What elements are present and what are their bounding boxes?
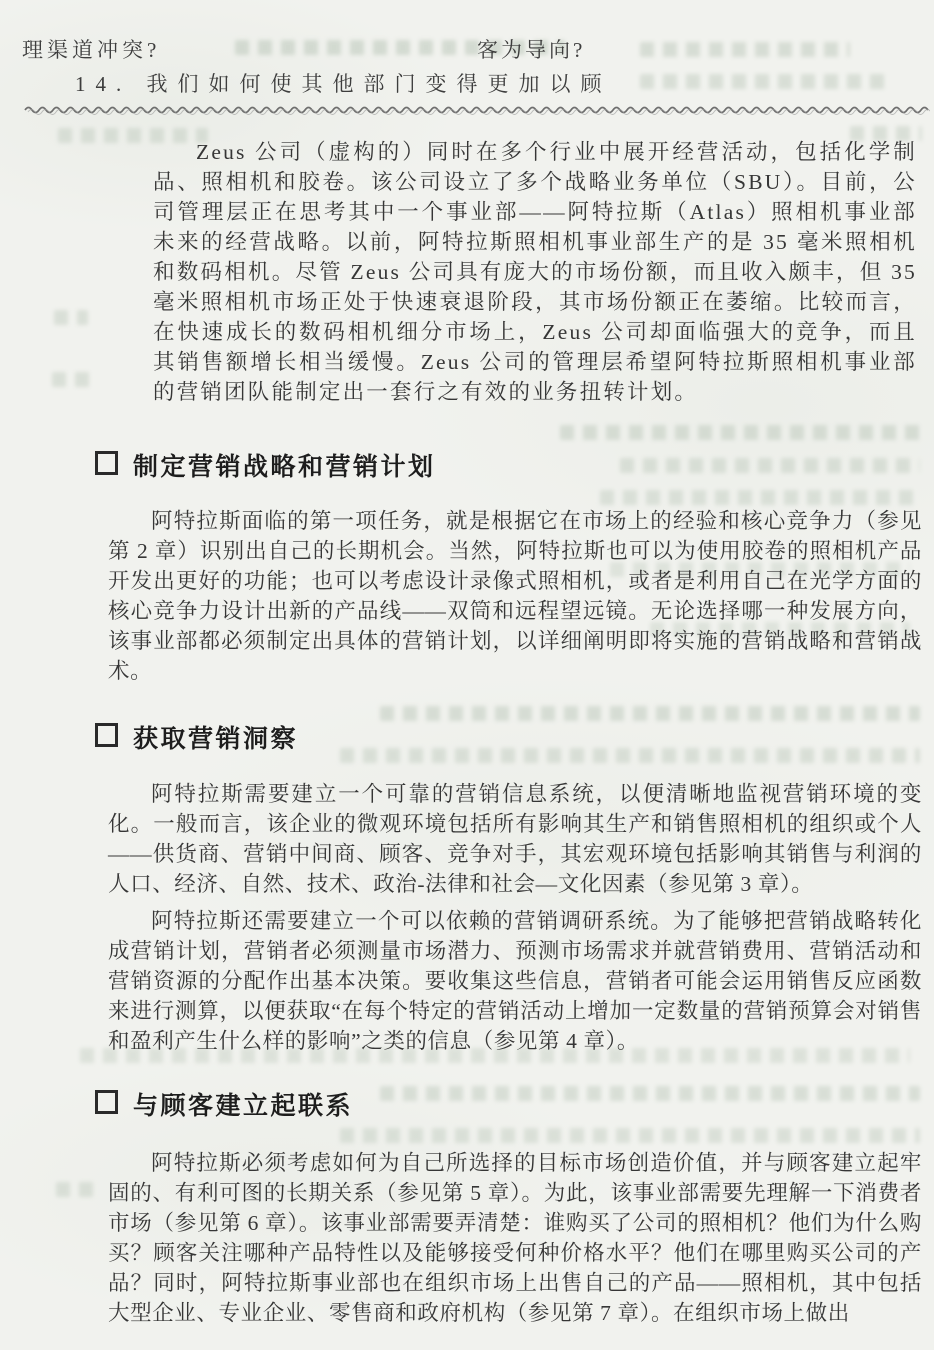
bleed-artifact	[380, 1086, 920, 1101]
section-heading-label: 与顾客建立起联系	[133, 1086, 353, 1122]
scanned-book-page: 理渠道冲突? 客为导向? 14. 我们如何使其他部门变得更加以顾 Zeus 公司…	[0, 0, 934, 1350]
wavy-separator-line	[24, 101, 930, 119]
bleed-artifact	[380, 706, 920, 721]
running-head-right-fragment: 客为导向?	[477, 34, 585, 64]
section-3-paragraph: 阿特拉斯必须考虑如何为自己所选择的目标市场创造价值，并与顾客建立起牢固的、有利可…	[108, 1148, 922, 1328]
bleed-artifact	[640, 42, 850, 57]
section-2-paragraph-1: 阿特拉斯需要建立一个可靠的营销信息系统，以便清晰地监视营销环境的变化。一般而言，…	[108, 779, 922, 899]
bleed-artifact	[600, 490, 920, 505]
bleed-artifact	[52, 372, 90, 387]
hollow-square-bullet-icon	[95, 723, 118, 747]
running-head-question-14: 14. 我们如何使其他部门变得更加以顾	[75, 68, 612, 98]
hollow-square-bullet-icon	[95, 451, 118, 475]
bleed-artifact	[340, 1128, 920, 1143]
case-study-paragraph: Zeus 公司（虚构的）同时在多个行业中展开经营活动，包括化学制品、照相机和胶卷…	[153, 137, 917, 407]
running-head-left-fragment: 理渠道冲突?	[22, 34, 160, 64]
section-heading-label: 获取营销洞察	[133, 719, 298, 755]
section-heading-connect-customers: 与顾客建立起联系	[95, 1086, 353, 1122]
bleed-artifact	[340, 748, 920, 763]
section-2-paragraph-2: 阿特拉斯还需要建立一个可以依赖的营销调研系统。为了能够把营销战略转化成营销计划，…	[108, 906, 922, 1056]
section-heading-label: 制定营销战略和营销计划	[133, 447, 436, 483]
hollow-square-bullet-icon	[95, 1090, 118, 1114]
bleed-artifact	[54, 310, 88, 325]
section-heading-marketing-insights: 获取营销洞察	[95, 719, 298, 755]
section-1-paragraph: 阿特拉斯面临的第一项任务，就是根据它在市场上的经验和核心竞争力（参见第 2 章）…	[108, 506, 922, 686]
section-heading-marketing-strategy: 制定营销战略和营销计划	[95, 447, 436, 483]
bleed-artifact	[640, 74, 890, 89]
section-2-body: 阿特拉斯需要建立一个可靠的营销信息系统，以便清晰地监视营销环境的变化。一般而言，…	[108, 779, 922, 1056]
bleed-artifact	[56, 1182, 96, 1197]
bleed-artifact	[560, 425, 920, 440]
bleed-artifact	[620, 458, 920, 473]
